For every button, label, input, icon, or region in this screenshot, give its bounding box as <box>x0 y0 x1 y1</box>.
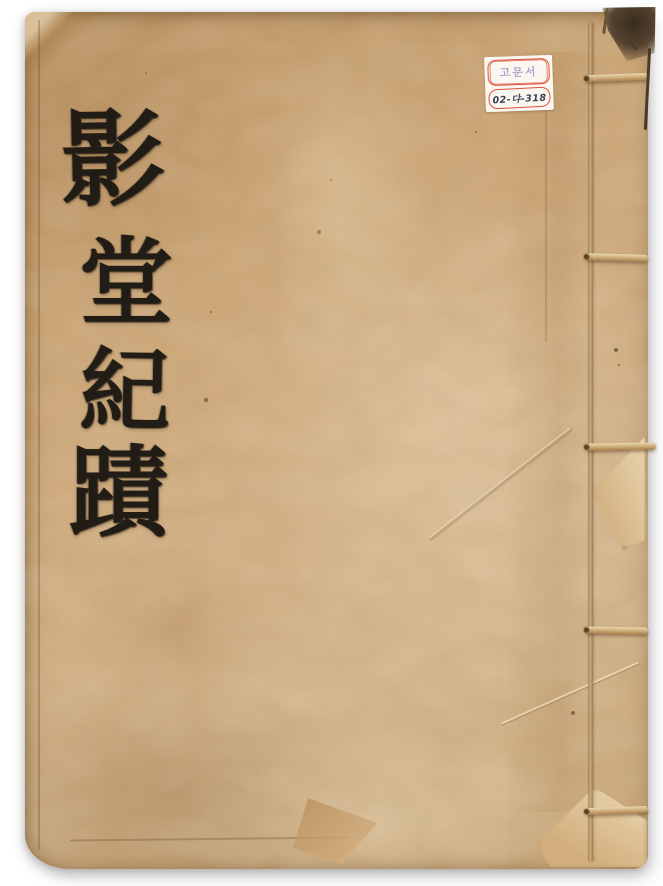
dark-stain <box>80 557 270 707</box>
label-code-text: 02-댜-318 <box>488 86 551 109</box>
title-char: 紀 <box>69 345 181 437</box>
label-category-text: 고문서 <box>489 59 548 85</box>
light-stain <box>260 37 430 347</box>
title-char: 影 <box>57 107 169 213</box>
torn-paper-flap <box>585 432 647 550</box>
crease-line <box>70 837 350 842</box>
fold-line <box>38 20 40 850</box>
crease-line <box>501 662 639 725</box>
photo-stage: 影 堂 紀 蹟 고문서 02-댜-318 <box>0 0 663 886</box>
cover-title: 影 堂 紀 蹟 <box>63 96 173 576</box>
corner-fold <box>25 12 103 82</box>
torn-paper-flap <box>537 787 647 867</box>
title-char: 蹟 <box>64 444 174 543</box>
title-char: 堂 <box>71 236 181 330</box>
label-category-box: 고문서 <box>487 58 550 86</box>
book-cover: 影 堂 紀 蹟 고문서 02-댜-318 <box>25 12 648 869</box>
foxing-specks <box>25 12 27 14</box>
crease-line <box>428 427 572 540</box>
shade-band <box>505 52 595 812</box>
torn-paper-flap <box>293 798 377 864</box>
archive-label: 고문서 02-댜-318 <box>484 55 554 112</box>
